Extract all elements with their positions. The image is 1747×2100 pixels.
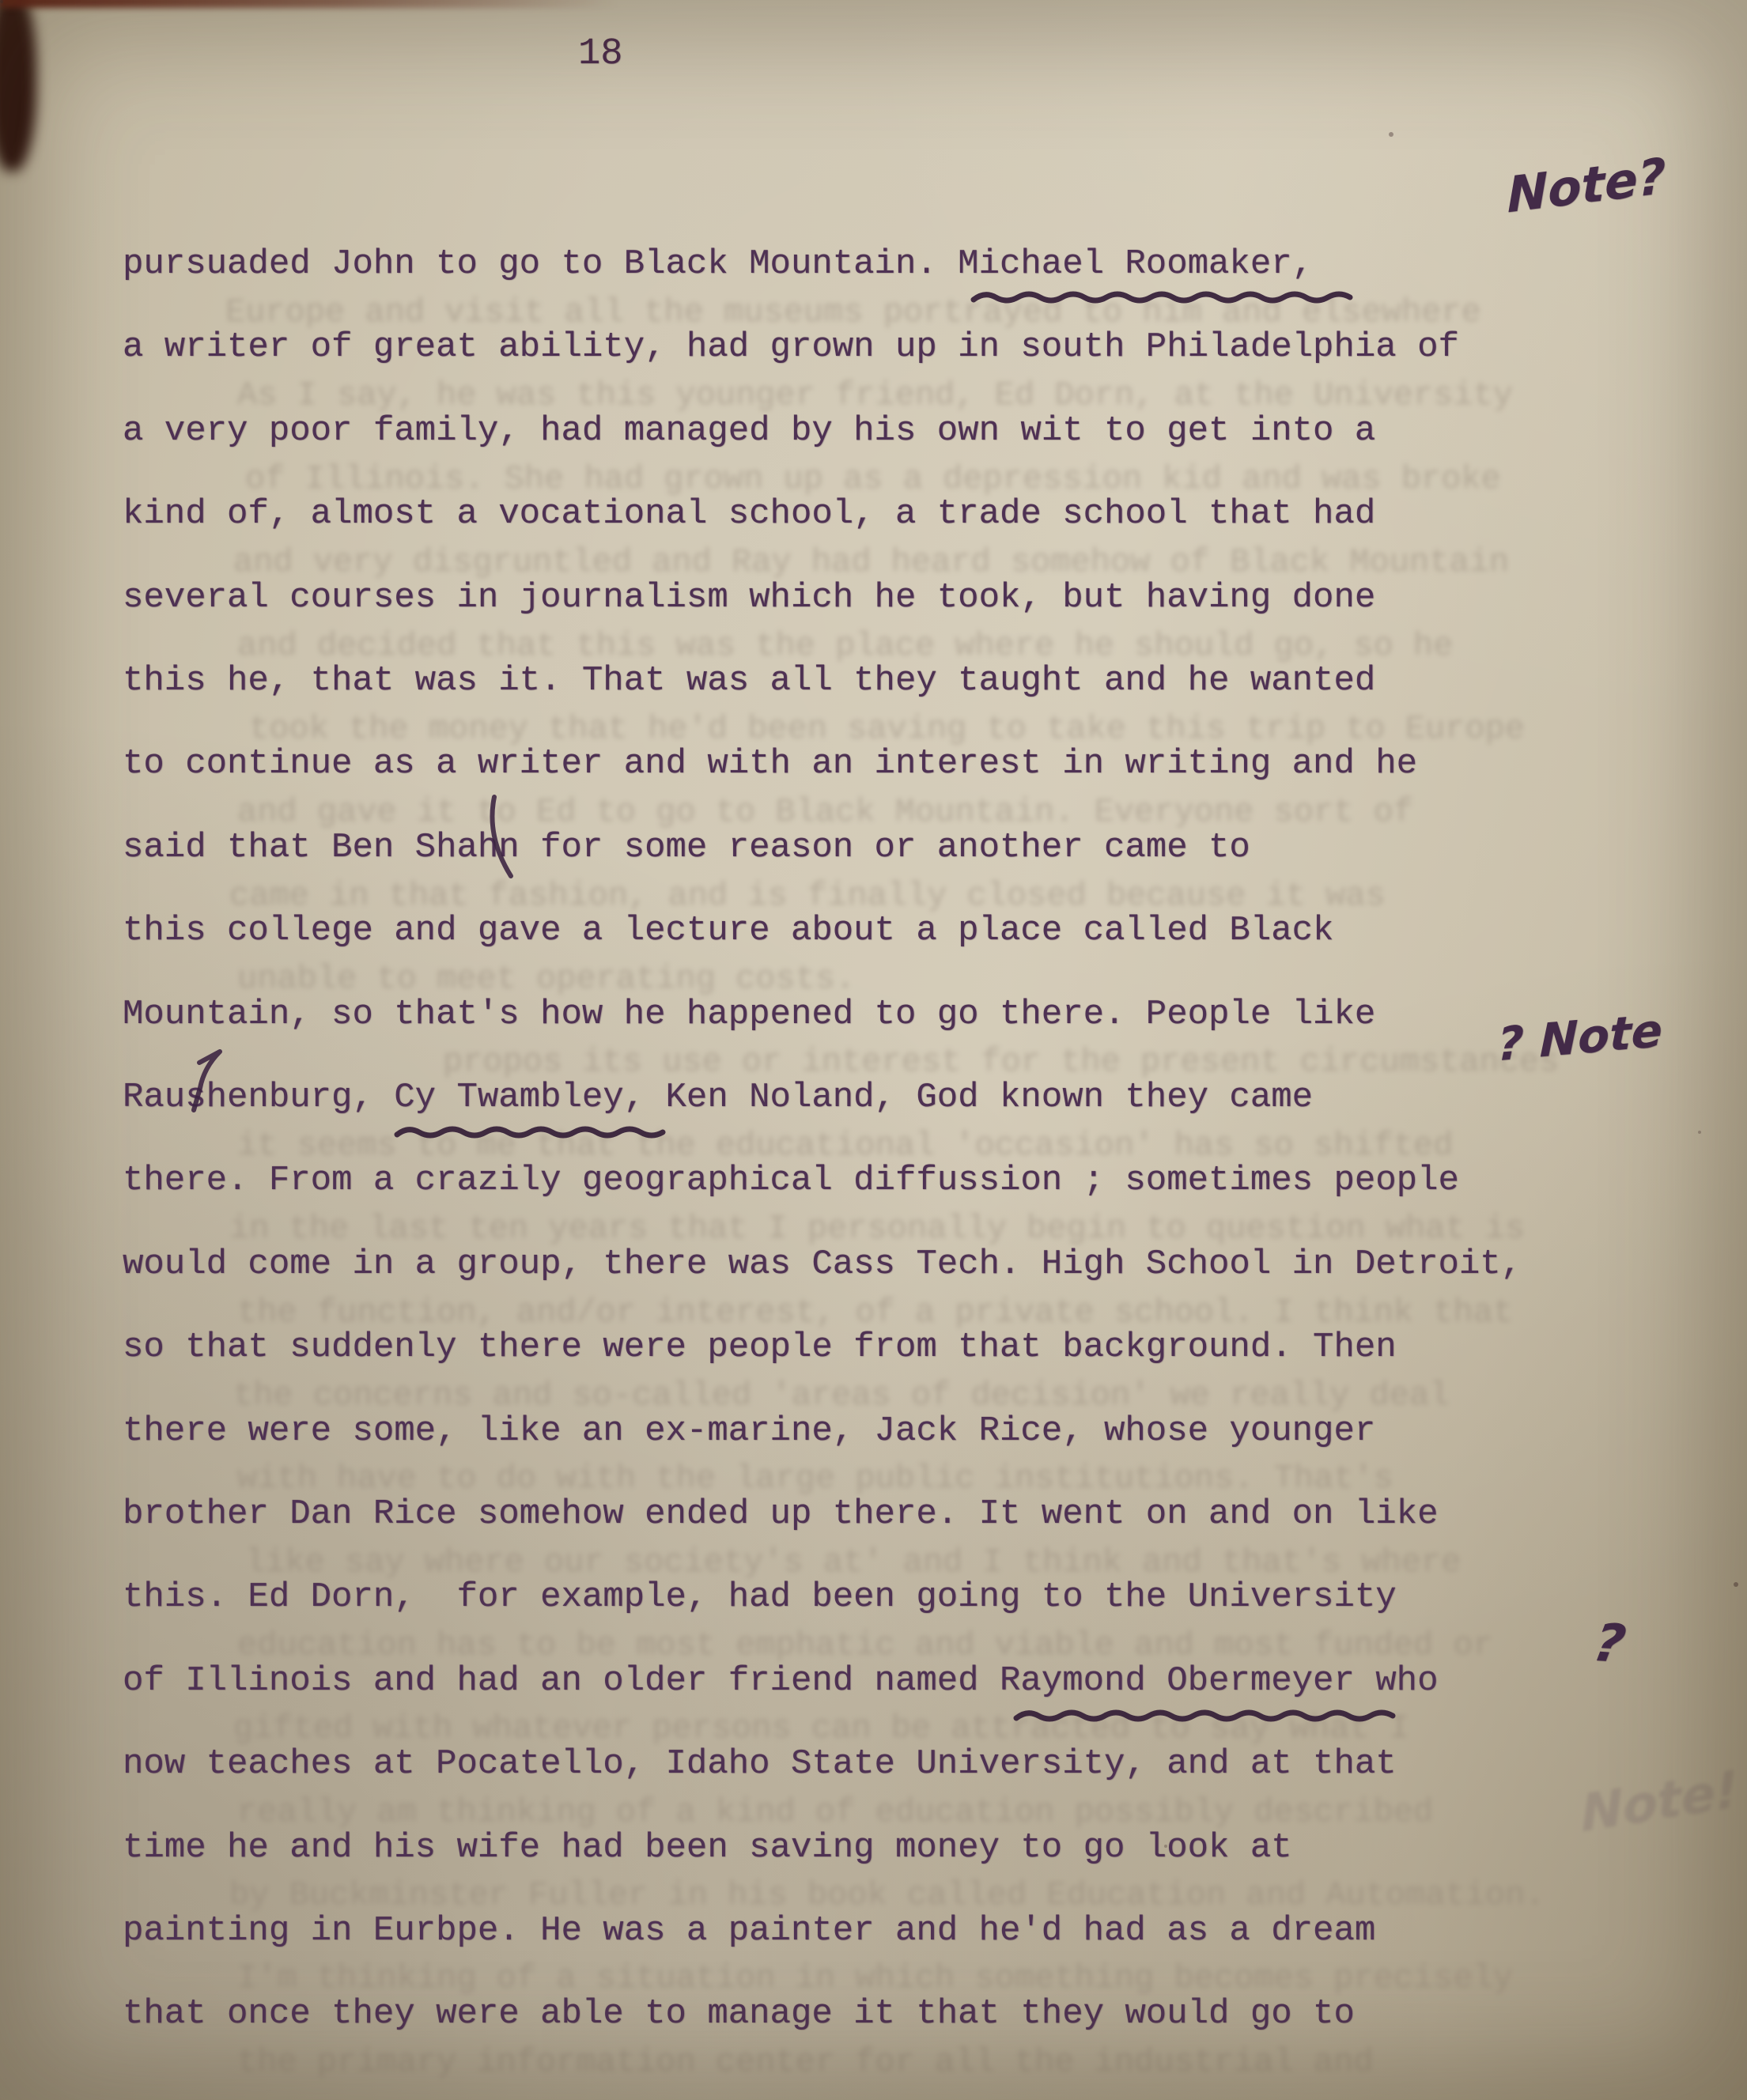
handwritten-note: Note! [1579,1760,1739,1844]
scanned-manuscript-page: 18 Europe and visit all the museums port… [0,0,1747,2100]
handwritten-note: ? Note [1497,1003,1663,1072]
handwritten-note: ? [1589,1612,1630,1675]
handwritten-annotations-layer: Note?? Note?Note! [0,0,1747,2100]
handwritten-note: Note? [1507,146,1666,224]
